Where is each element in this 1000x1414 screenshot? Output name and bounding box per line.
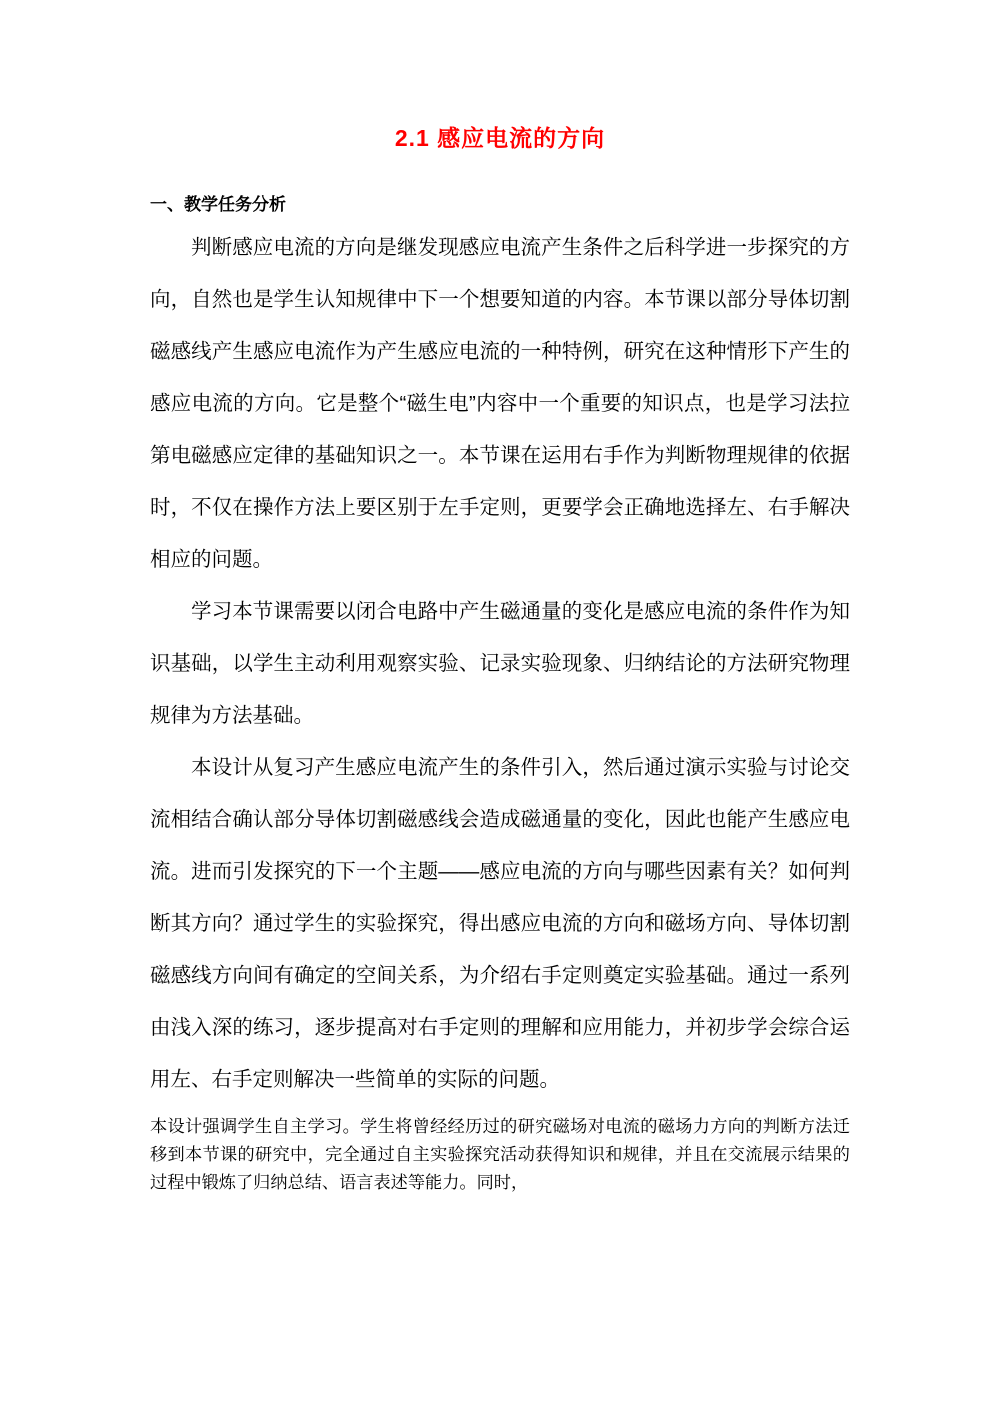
document-title: 2.1 感应电流的方向 xyxy=(150,0,850,155)
paragraph-task-analysis-2: 学习本节课需要以闭合电路中产生磁通量的变化是感应电流的条件作为知识基础，以学生主… xyxy=(150,586,850,742)
document-page: 2.1 感应电流的方向 一、教学任务分析 判断感应电流的方向是继发现感应电流产生… xyxy=(150,0,850,1196)
closing-paragraph: 本设计强调学生自主学习。学生将曾经经历过的研究磁场对电流的磁场力方向的判断方法迁… xyxy=(150,1112,850,1196)
paragraph-task-analysis-3: 本设计从复习产生感应电流产生的条件引入，然后通过演示实验与讨论交流相结合确认部分… xyxy=(150,742,850,1106)
paragraph-task-analysis-1: 判断感应电流的方向是继发现感应电流产生条件之后科学进一步探究的方向，自然也是学生… xyxy=(150,222,850,586)
section-heading: 一、教学任务分析 xyxy=(150,193,850,217)
